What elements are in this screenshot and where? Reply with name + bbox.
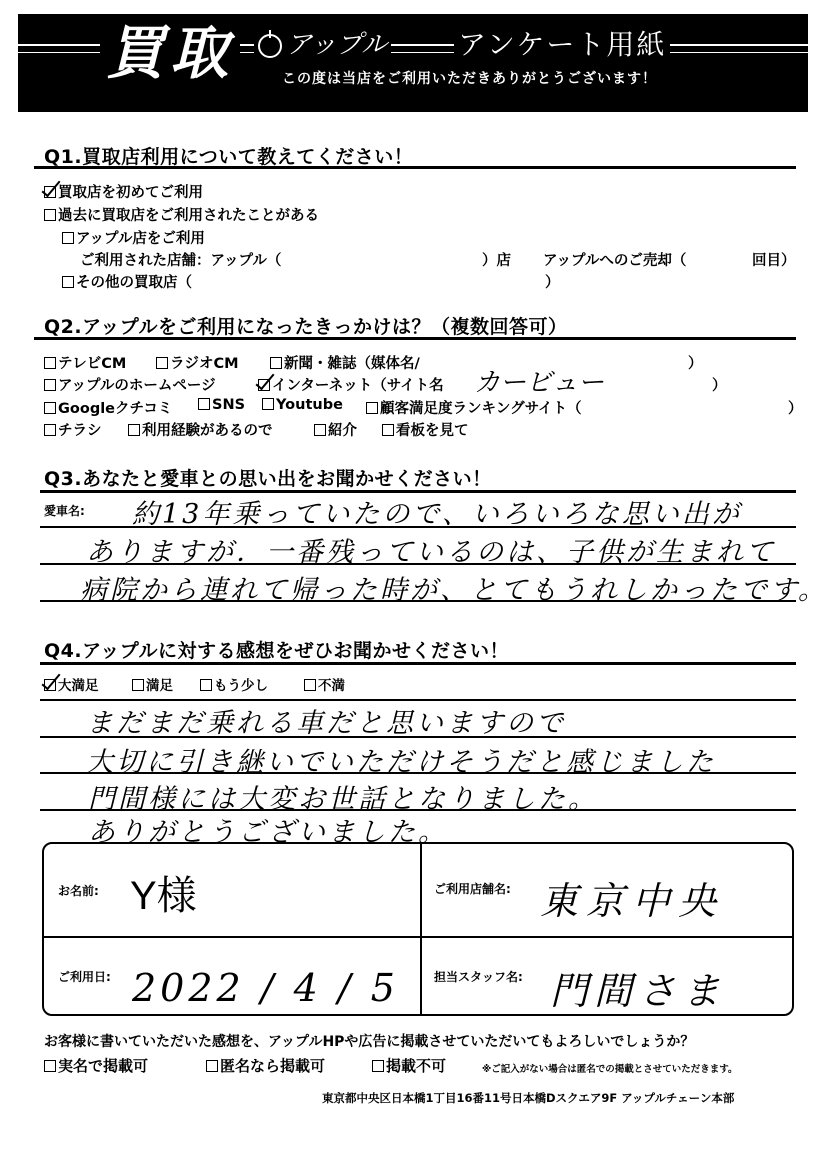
publish-option-not-allowed[interactable]: 掲載不可 bbox=[372, 1055, 446, 1076]
publish-note: ※ご記入がない場合は匿名での掲載とさせていただきます。 bbox=[482, 1061, 737, 1075]
q1-option-other-store[interactable]: その他の買取店（ bbox=[62, 271, 192, 292]
q2-option-ranking-site[interactable]: 顧客満足度ランキングサイト（ bbox=[366, 397, 582, 418]
q4-writing-line bbox=[40, 736, 796, 738]
name-label: お名前: bbox=[58, 882, 99, 899]
checkbox-icon[interactable] bbox=[156, 357, 168, 369]
q4-option-dissatisfied[interactable]: 不満 bbox=[304, 674, 345, 694]
q2-option-signboard[interactable]: 看板を見て bbox=[382, 419, 469, 440]
q2-option-used-before[interactable]: 利用経験があるので bbox=[128, 419, 273, 440]
kaitori-logo: 買取 bbox=[100, 18, 240, 88]
store-name-label: ご利用店舗名: bbox=[434, 880, 511, 897]
checkbox-icon[interactable] bbox=[62, 232, 74, 244]
q2-option-flyer[interactable]: チラシ bbox=[44, 419, 102, 440]
apple-logo-icon bbox=[258, 34, 282, 58]
q2-option-referral[interactable]: 紹介 bbox=[314, 419, 357, 440]
checkbox-icon[interactable] bbox=[366, 402, 378, 414]
checkbox-icon[interactable] bbox=[44, 1060, 56, 1072]
q3-writing-line bbox=[40, 563, 796, 565]
checkbox-icon[interactable] bbox=[314, 424, 326, 436]
customer-info-box: お名前: Y様 ご利用店舗名: 東京中央 ご利用日: 2022 / 4 / 5 … bbox=[42, 842, 794, 1016]
info-divider bbox=[420, 844, 422, 1014]
q2-newspaper-close: ） bbox=[688, 352, 703, 373]
q2-option-homepage[interactable]: アップルのホームページ bbox=[44, 374, 216, 395]
checkbox-icon[interactable] bbox=[206, 1060, 218, 1072]
usage-date-label: ご利用日: bbox=[58, 968, 111, 985]
q2-option-tv-cm[interactable]: テレビCM bbox=[44, 352, 126, 373]
staff-name-value: 門間さま bbox=[550, 960, 726, 1015]
q2-ranking-close: ） bbox=[788, 397, 803, 418]
q2-option-newspaper[interactable]: 新聞・雑誌（媒体名/ bbox=[270, 352, 420, 373]
q3-heading: Q3.あなたと愛車との思い出をお聞かせください！ bbox=[44, 464, 492, 491]
checkbox-icon[interactable] bbox=[62, 276, 74, 288]
q1-option-first-time[interactable]: 買取店を初めてご利用 bbox=[44, 181, 203, 202]
name-value: Y様 bbox=[130, 864, 197, 921]
checkbox-icon[interactable] bbox=[304, 679, 316, 691]
q2-option-internet[interactable]: インターネット（サイト名 bbox=[258, 374, 444, 395]
q2-option-radio-cm[interactable]: ラジオCM bbox=[156, 352, 239, 373]
checkbox-icon[interactable] bbox=[128, 424, 140, 436]
q2-option-sns[interactable]: SNS bbox=[198, 397, 245, 413]
checkbox-icon[interactable] bbox=[270, 357, 282, 369]
checkbox-icon[interactable] bbox=[372, 1060, 384, 1072]
q1-store-label: ご利用された店舗：アップル（ bbox=[80, 249, 281, 270]
q1-sales-count-label: アップルへのご売却（ bbox=[543, 249, 686, 270]
q4-option-could-be-better[interactable]: もう少し bbox=[200, 674, 268, 694]
q3-writing-line bbox=[40, 526, 796, 528]
publish-option-real-name[interactable]: 実名で掲載可 bbox=[44, 1055, 148, 1076]
checkbox-icon[interactable] bbox=[198, 398, 210, 410]
q2-heading: Q2.アップルをご利用になったきっかけは？（複数回答可） bbox=[44, 312, 568, 339]
checkbox-checked-icon[interactable] bbox=[44, 679, 56, 691]
checkbox-icon[interactable] bbox=[44, 424, 56, 436]
q4-heading: Q4.アップルに対する感想をぜひお聞かせください！ bbox=[44, 636, 509, 663]
brand-name: アップル bbox=[254, 28, 391, 62]
checkbox-icon[interactable] bbox=[200, 679, 212, 691]
checkbox-icon[interactable] bbox=[44, 379, 56, 391]
q1-store-suffix: ）店 bbox=[482, 249, 511, 270]
q4-option-satisfied[interactable]: 満足 bbox=[132, 674, 173, 694]
survey-title: アンケート用紙 bbox=[454, 28, 670, 62]
staff-name-label: 担当スタッフ名: bbox=[434, 968, 523, 985]
usage-date-value: 2022 / 4 / 5 bbox=[132, 966, 399, 1010]
q1-option-used-before[interactable]: 過去に買取店をご利用されたことがある bbox=[44, 204, 319, 225]
q2-option-youtube[interactable]: Youtube bbox=[262, 397, 343, 413]
publish-option-anonymous[interactable]: 匿名なら掲載可 bbox=[206, 1055, 325, 1076]
publish-consent-question: お客様に書いていただいた感想を、アップルHPや広告に掲載させていただいてもよろし… bbox=[44, 1031, 694, 1051]
info-divider bbox=[44, 936, 792, 938]
checkbox-icon[interactable] bbox=[44, 402, 56, 414]
car-name-label: 愛車名: bbox=[44, 502, 85, 519]
brand-text: アップル bbox=[286, 30, 387, 60]
header-subtitle: この度は当店をご利用いただきありがとうございます！ bbox=[282, 68, 657, 88]
q2-internet-close: ） bbox=[712, 374, 727, 395]
q1-heading: Q1.買取店利用について教えてください！ bbox=[44, 142, 413, 169]
q4-writing-line bbox=[40, 772, 796, 774]
q3-writing-line bbox=[40, 600, 796, 602]
company-address: 東京都中央区日本橋1丁目16番11号日本橋Dスクエア9F アップルチェーン本部 bbox=[322, 1090, 734, 1106]
q4-rule bbox=[40, 662, 796, 665]
q1-other-close: ） bbox=[545, 271, 560, 292]
checkbox-checked-icon[interactable] bbox=[44, 186, 56, 198]
q4-option-very-satisfied[interactable]: 大満足 bbox=[44, 674, 99, 694]
checkbox-icon[interactable] bbox=[132, 679, 144, 691]
q1-rule bbox=[34, 166, 796, 169]
q2-rule bbox=[34, 337, 796, 340]
q1-option-apple-store[interactable]: アップル店をご利用 bbox=[62, 227, 205, 248]
checkbox-icon[interactable] bbox=[382, 424, 394, 436]
store-name-value: 東京中央 bbox=[540, 870, 724, 925]
q2-option-google-reviews[interactable]: Googleクチコミ bbox=[44, 397, 172, 418]
q1-sales-count-suffix: 回目） bbox=[752, 249, 796, 270]
q2-internet-site-written: カービュー bbox=[474, 362, 604, 399]
q4-answer-line: まだまだ乗れる車だと思いますので bbox=[86, 701, 566, 740]
checkbox-checked-icon[interactable] bbox=[258, 379, 270, 391]
checkbox-icon[interactable] bbox=[262, 398, 274, 410]
checkbox-icon[interactable] bbox=[44, 357, 56, 369]
header-banner: 買取 アップル アンケート用紙 この度は当店をご利用いただきありがとうございます… bbox=[18, 14, 808, 112]
checkbox-icon[interactable] bbox=[44, 209, 56, 221]
